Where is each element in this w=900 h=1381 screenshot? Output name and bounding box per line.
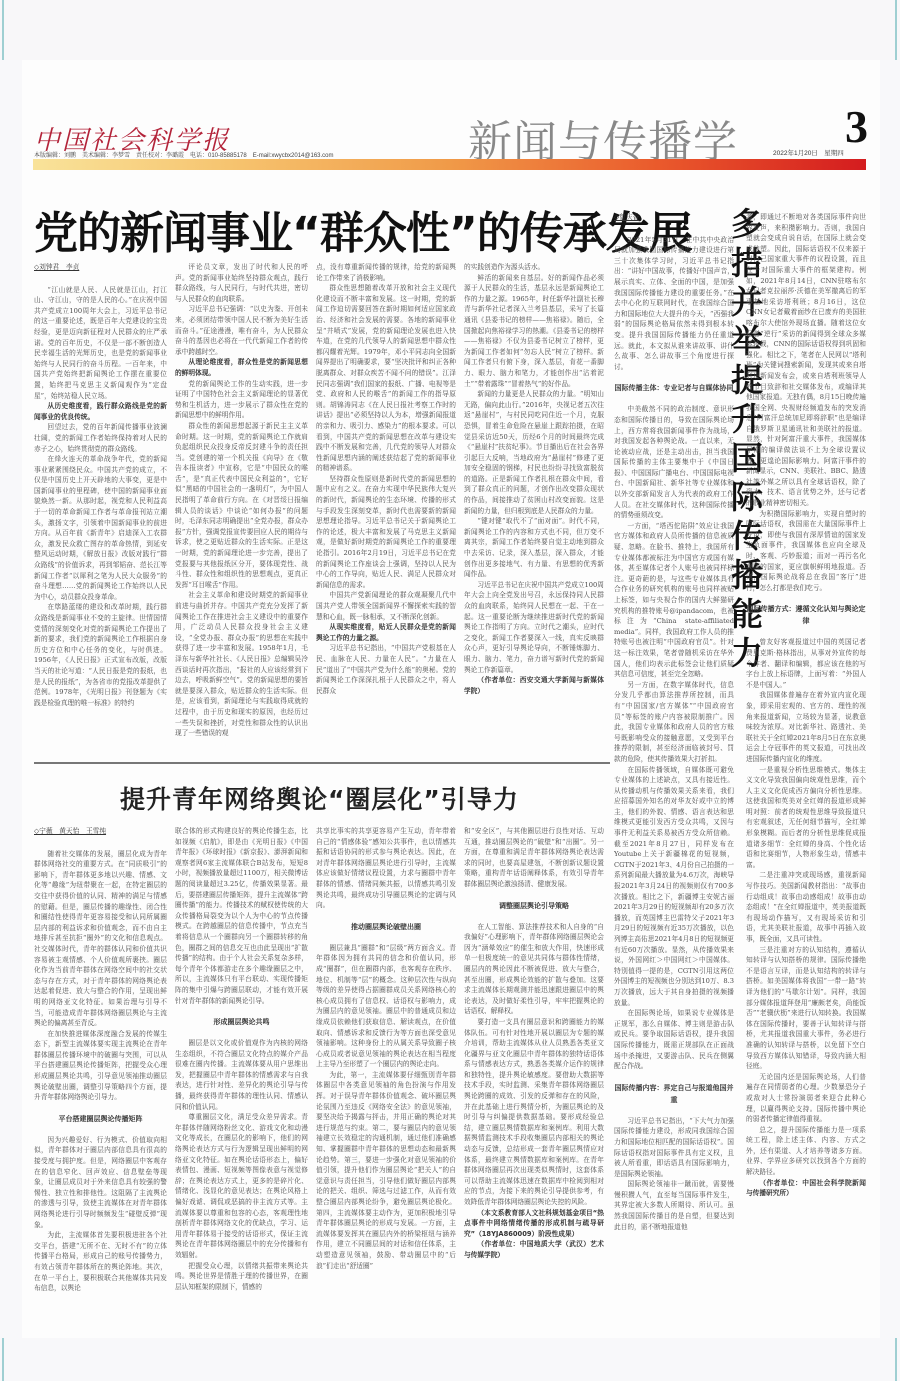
- paragraph: 因为兴趣爱好、行为模式、价值取向相似，青年群体对于圈层内部信息具有很高的接受度与…: [34, 1135, 167, 1230]
- paragraph: 共享比事实的共享更容易产生互动，青年带着自己的“情感体验”感知公共事件，也以情感…: [316, 826, 456, 911]
- paragraph: 要打造一支具有圈层意识和跨圈能力的媒体队伍。可有针对性地开展以圈层为专题的媒介培…: [464, 1017, 604, 1208]
- viewer-top-margin: [0, 0, 900, 60]
- byline: ◇宁薇 黄天怡 王雪纯: [34, 826, 167, 837]
- paragraph: 三是注重对方的认知结构，遵循认知转译与认知搭桥的规律。国际传播绝不是语言互译，而…: [746, 945, 866, 1072]
- paragraph: 点，没有尊重新闻传播的规律，给党的新闻舆论工作带来了消极影响。: [316, 262, 456, 283]
- paragraph: 随着社交媒体的发展，圈层化成为青年群体网络社交的重要方式。在“同质吸引”的影响下…: [34, 849, 167, 1029]
- paragraph: 群众性的新闻思想起源于新民主主义革命时期。这一时期，党的新闻舆论工作就肩负起组织…: [175, 421, 308, 591]
- viewer-right-edge-bottom: [895, 1338, 897, 1381]
- byline: ◇刘钟君 李贞: [34, 262, 167, 273]
- paragraph: 中国共产党新闻理论的群众观凝聚几代中国共产党人带领全国新闻界不懈探索实践的智慧和…: [316, 590, 456, 622]
- subheading: 调整圈层舆论引导策略: [464, 900, 604, 912]
- paragraph: 者，即通过不断地对各类国际事件向世界发声，来积攒影响力。否则，我国自塑就会变成自…: [746, 212, 866, 509]
- article-divider: [34, 762, 610, 764]
- paragraph: 坚持群众性原则是新时代党的新闻思想的题中应有之义。在奋力实现中华民族伟大复兴的新…: [316, 474, 456, 591]
- paragraph: 群众性思想随着改革开放和社会主义现代化建设而不断丰富和发展。这一时期，党的新闻工…: [316, 283, 456, 474]
- viewer-left-edge: [2, 0, 4, 60]
- paragraph: 党的新闻舆论工作的生动实践，进一步证明了中国特色社会主义新闻理论的显著优势和生机…: [175, 379, 308, 421]
- paragraph: 在国际舆论场，如果说专业媒体是正规军，那么自媒体、博主则是游击队或民兵。要争取国…: [614, 1008, 734, 1072]
- paragraph: 习近平总书记指出，“下大气力加强国际传播能力建设，形成同我国综合国力和国际地位相…: [614, 1116, 734, 1180]
- paragraph: 在加快推进媒体深度融合发展的传媒生态下，新型主流媒体要实现主流舆论在青年群体圈层…: [34, 1029, 167, 1103]
- paragraph: 另一方面，在数字媒体时代，信息分发几乎都由算法推荐所控制，而具有“中国国家/官方…: [614, 680, 734, 765]
- paragraph: 为此，主流媒体首先要积极进驻各个社交平台，搭建“无所不在、无时不有”的立体传播平…: [34, 1230, 167, 1294]
- article2-headline: 提升青年网络舆论“圈层化”引导力: [120, 780, 519, 816]
- paragraph: “江山就是人民、人民就是江山，打江山、守江山，守的是人民的心。”在庆祝中国共产党…: [34, 285, 167, 402]
- paragraph: 无论国内还是国际舆论场，人们普遍存在同情弱者的心理。少数暴恐分子或敌对人士常扮演…: [746, 1072, 866, 1125]
- paragraph: 二是注重冲突或现场感，重视新闻写作技巧。美国新闻教材指出：“故事由行动组成！故事…: [746, 870, 866, 944]
- paragraph: 社会主义革命和建设时期党的新闻事业前进与曲折并存。中国共产党充分发挥了新闻舆论工…: [175, 590, 308, 738]
- paragraph: 把握受众心理，以情绪共振带来舆论共鸣。舆论世界是情胜于理的传播世界，在圈层认知框…: [175, 1261, 308, 1293]
- paragraph: 为积攒国际影响力，实现自塑时的国际话语权，我国需在大量国际事件上发声，即使与我国…: [746, 509, 866, 594]
- paragraph: 一是重视分析性思维模式。集体主义文化导致我国偏向统观性思维，而个人主义文化促成西…: [746, 765, 866, 871]
- paragraph: 一方面，“塔西佗陷阱”效应让我国官方媒体和政府人员所传播的信息被质疑、忽略。在脸…: [614, 521, 734, 680]
- paragraph: “键对键”取代不了“面对面”。时代不同，新闻舆论工作的内容和方式也不同，但万变不…: [464, 516, 604, 580]
- subheading: 国际传播内容：界定自己与报道他国并重: [614, 1082, 734, 1106]
- article3-column-1: ◇曾庆香2021年5月31日，在中共中央政治局就加强我国国际传播能力建设进行第三…: [614, 212, 734, 1324]
- paragraph: 尊重圈层文化，满足受众差异需求。青年群体伴随网络粉丝文化、游戏文化和动漫文化等成…: [175, 1112, 308, 1260]
- paragraph: 和“安全区”，与其他圈层进行良性对话、互动互通，推动圈层舆论的“破壁”和“出圈”…: [464, 826, 604, 890]
- byline: ◇曾庆香: [614, 212, 734, 223]
- subheading: 国际传播主体：专业记者与自媒体协同: [614, 382, 734, 394]
- article1-column-3: 点，没有尊重新闻传播的规律，给党的新闻舆论工作带来了消极影响。群众性思想随着改革…: [316, 262, 456, 757]
- lead-sentence: 从现实维度看，贴近人民群众是党的新闻舆论工作的力量之源。: [316, 622, 456, 643]
- staff-line: 本版编辑：刘鹏 美术编辑：李梦雪 责任校对：李璐霞 电话：010-8588517…: [34, 150, 334, 159]
- paragraph: 习近平总书记在庆祝中国共产党成立100周年大会上向全党发出号召，永远保持同人民群…: [464, 580, 604, 675]
- author-note: （作者单位：西安交通大学新闻与新媒体学院）: [464, 675, 604, 696]
- viewer-left-edge-bottom: [2, 1338, 4, 1381]
- paragraph: 国际舆论领袖非一蹴而就，需要慢慢积攒人气，直至每当国际事件发生，其界定被大多数人…: [614, 1179, 734, 1232]
- author-note: （作者单位：中国社会科学院新闻与传播研究所）: [746, 1178, 866, 1199]
- viewer-bottom-margin: [0, 1338, 900, 1381]
- paragraph: 为此，第一，主流媒体要仔细甄别青年群体圈层中各类意见领袖的角色扮演与作用发挥。对…: [316, 1070, 456, 1271]
- viewer-right-edge: [895, 0, 897, 60]
- article2-column-1: ◇宁薇 黄天怡 王雪纯随着社交媒体的发展，圈层化成为青年群体网络社交的重要方式。…: [34, 826, 167, 1324]
- paragraph: 总之，提升国际传播能力是一项系统工程，除上述主体、内容、方式之外，还有渠道、人才…: [746, 1125, 866, 1178]
- subheading: 形成圈层舆论共鸣: [175, 1016, 308, 1028]
- paragraph: 回望过去，党的百年新闻传播事业波澜壮阔，党的新闻工作者始终保持着对人民的赤子之心…: [34, 422, 167, 454]
- paragraph: 习近平总书记指出，“中国共产党根基在人民、血脉在人民、力量在人民”。“力量在人民…: [316, 643, 456, 696]
- paragraph: 的实践创造作为源头活水。: [464, 262, 604, 273]
- paragraph: 习近平总书记强调：“以史为鉴、开创未来，必须团结带领中国人民不断为美好生活而奋斗…: [175, 304, 308, 357]
- article1-column-2: 评论员文章，发出了时代和人民的呼声。党的新闻事业始终坚持群众观点，践行群众路线，…: [175, 262, 308, 757]
- author-note: （本文系教育部人文社科规划基金项目“热点事件中网络情绪传播的形成机制与疏导研究”…: [464, 1208, 604, 1240]
- issue-date: 2022年1月20日 星期四: [773, 148, 844, 157]
- paragraph: 圈层兼具“圈群”和“层级”两方面含义。青年群体因为拥有共同的信念和价值认同，形成…: [316, 943, 456, 1070]
- article3-column-2: 者，即通过不断地对各类国际事件向世界发声，来积攒影响力。否则，我国自塑就会变成自…: [746, 212, 866, 1324]
- subheading: 平台搭建圈层舆论传播矩阵: [34, 1113, 167, 1125]
- subheading: 国际传播方式：遵循文化认知与舆论定律: [746, 603, 866, 627]
- paragraph: 曾友好客观报道过中国的英国记者费里克斯·格林指出，从事对外宣传的每个作者、翻译和…: [746, 637, 866, 690]
- paragraph: 在人工智能、算法推荐技术和人自身的“自我偏好”心理影响下，青年群体网络圈层舆论会…: [464, 922, 604, 1017]
- paragraph: 联合体的形式构建良好的舆论传播生态，比如视频《启航》，即是由《光明日报》《中国青…: [175, 826, 308, 1006]
- lead-sentence: 从理论维度看，群众性是党的新闻思想的鲜明体现。: [175, 357, 308, 378]
- paragraph: 我国媒体普遍存在着外宣内宣化现象，即采用宏观的、官方的、理性的视角来报道新闻，立…: [746, 690, 866, 764]
- masthead-gradient-bar: [33, 159, 866, 170]
- paragraph: 新闻的力量更是人民群众的力量。“明知山无路，偏向此山行。”2016年，央视记者五…: [464, 389, 604, 516]
- article2-column-2: 联合体的形式构建良好的舆论传播生态，比如视频《启航》，即是由《光明日报》《中国青…: [175, 826, 308, 1324]
- paragraph: 中美截然不同的政治制度、意识形态和国际传播目的，导致在国际舆论场上，西方常将我国…: [614, 404, 734, 521]
- article2-column-3: 共享比事实的共享更容易产生互动，青年带着自己的“情感体验”感知公共事件，也以情感…: [316, 826, 456, 1324]
- paragraph: 在筚路蓝缕的建设和改革时期，践行群众路线是新闻事业不变的主旋律。世情国情党情的深…: [34, 602, 167, 708]
- paragraph: 鲜活的新闻来自基层。好的新闻作品必须源于人民群众的生活，基层永远是新闻舆论工作的…: [464, 273, 604, 390]
- author-note: （作者单位：中国地质大学（武汉）艺术与传媒学院）: [464, 1239, 604, 1260]
- subheading: 推动圈层舆论破壁出圈: [316, 921, 456, 933]
- article1-column-1: ◇刘钟君 李贞“江山就是人民、人民就是江山，打江山、守江山，守的是人民的心。”在…: [34, 262, 167, 757]
- article2-column-4: 和“安全区”，与其他圈层进行良性对话、互动互通，推动圈层舆论的“破壁”和“出圈”…: [464, 826, 604, 1324]
- page-number: 3: [845, 100, 868, 153]
- paragraph: 在烽火连天的革命战争年代，党的新闻事业紧紧围绕民众。中国共产党的成立，不仅是中国…: [34, 454, 167, 602]
- paragraph: 评论员文章，发出了时代和人民的呼声。党的新闻事业始终坚持群众观点，践行群众路线，…: [175, 262, 308, 304]
- paragraph: 2021年5月31日，在中共中央政治局就加强我国国际传播能力建设进行第三十次集体…: [614, 235, 734, 373]
- paragraph: 在国际传播领域，自媒体既可避免专业媒体的上述缺点，又具有接近性。从传播动机与传播…: [614, 765, 734, 1009]
- article1-column-4: 的实践创造作为源头活水。鲜活的新闻来自基层。好的新闻作品必须源于人民群众的生活，…: [464, 262, 604, 757]
- lead-sentence: 从历史维度看，践行群众路线是党的新闻事业的优良传统。: [34, 401, 167, 422]
- paragraph: 圈层是以文化或价值观作为内核的网络生态组织，不符合圈层文化特点的媒介产品很难在圈…: [175, 1038, 308, 1112]
- article1-headline: 党的新闻事业“群众性”的传承发展: [34, 197, 692, 261]
